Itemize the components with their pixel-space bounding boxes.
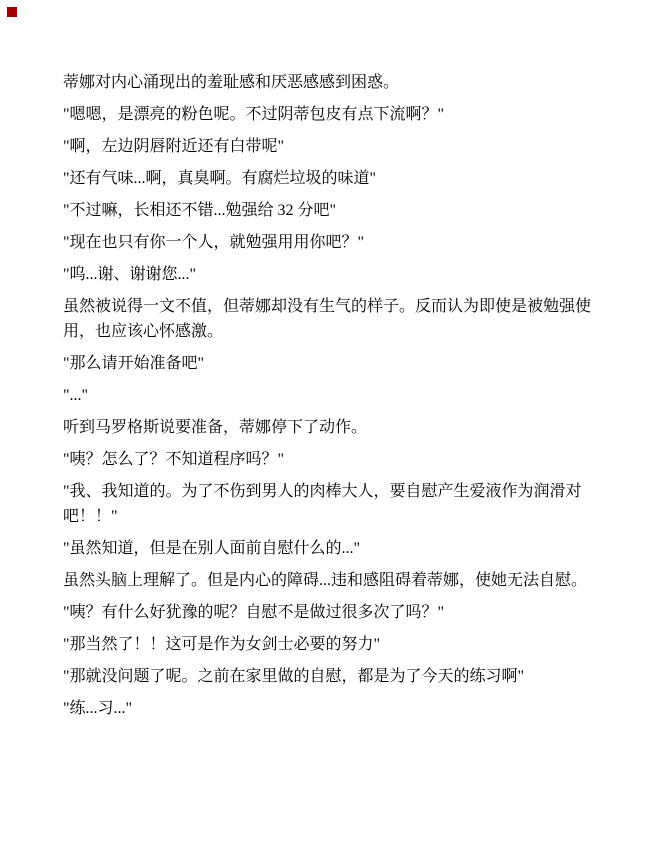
paragraph-18: "那就没问题了呢。之前在家里做的自慰，都是为了今天的练习啊" <box>63 664 593 689</box>
paragraph-6: "现在也只有你一个人，就勉强用用你吧？" <box>63 230 593 255</box>
paragraph-5: "不过嘛，长相还不错...勉强给 32 分吧" <box>63 198 593 223</box>
paragraph-2: "嗯嗯，是漂亮的粉色呢。不过阴蒂包皮有点下流啊？" <box>63 102 593 127</box>
paragraph-15: 虽然头脑上理解了。但是内心的障碍...违和感阻碍着蒂娜，使她无法自慰。 <box>63 568 593 593</box>
paragraph-19: "练...习..." <box>63 696 593 721</box>
red-square-marker <box>7 7 17 17</box>
paragraph-7: "呜...谢、谢谢您..." <box>63 262 593 287</box>
paragraph-13: "我、我知道的。为了不伤到男人的肉棒大人，要自慰产生爱液作为润滑对吧！！" <box>63 479 593 529</box>
paragraph-9: "那么请开始准备吧" <box>63 351 593 376</box>
paragraph-16: "咦？有什么好犹豫的呢？自慰不是做过很多次了吗？" <box>63 600 593 625</box>
novel-text-content: 蒂娜对内心涌现出的羞耻感和厌恶感感到困惑。"嗯嗯，是漂亮的粉色呢。不过阴蒂包皮有… <box>63 70 593 728</box>
novel-page: 蒂娜对内心涌现出的羞耻感和厌恶感感到困惑。"嗯嗯，是漂亮的粉色呢。不过阴蒂包皮有… <box>0 0 650 850</box>
paragraph-17: "那当然了！！这可是作为女剑士必要的努力" <box>63 632 593 657</box>
paragraph-14: "虽然知道，但是在别人面前自慰什么的..." <box>63 536 593 561</box>
paragraph-1: 蒂娜对内心涌现出的羞耻感和厌恶感感到困惑。 <box>63 70 593 95</box>
paragraph-4: "还有气味...啊，真臭啊。有腐烂垃圾的味道" <box>63 166 593 191</box>
paragraph-3: "啊，左边阴唇附近还有白带呢" <box>63 134 593 159</box>
paragraph-11: 听到马罗格斯说要准备，蒂娜停下了动作。 <box>63 415 593 440</box>
paragraph-8: 虽然被说得一文不值，但蒂娜却没有生气的样子。反而认为即使是被勉强使用，也应该心怀… <box>63 294 593 344</box>
paragraph-10: "..." <box>63 383 593 408</box>
paragraph-12: "咦？怎么了？不知道程序吗？" <box>63 447 593 472</box>
